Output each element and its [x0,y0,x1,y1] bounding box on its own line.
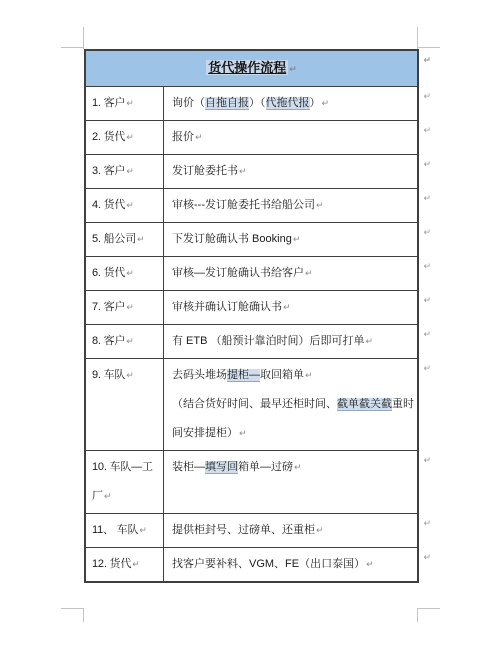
table-row: 7. 客户↵审核并确认订舱确认书↵↵ [86,290,417,324]
text-segment: 去码头堆场 [172,369,227,381]
pilcrow-mark: ↵ [239,428,247,438]
pilcrow-mark: ↵ [294,462,302,472]
table-row: 8. 客户↵有 ETB （船预计靠泊时间）后即可打单↵↵ [86,324,417,358]
actor-cell: 7. 客户↵ [86,291,164,324]
end-of-row-mark: ↵ [423,260,431,272]
label-line: 3. 客户↵ [92,157,162,186]
content-line: 询价（自拖自报）（代拖代报）↵ [172,89,415,118]
step-cell: 发订舱委托书↵ [164,155,417,188]
pilcrow-mark: ↵ [305,268,313,278]
text-segment: 提供柜封号、过磅单、还重柜 [172,524,315,536]
text-segment: 8. 客户 [92,335,125,347]
label-line: 7. 客户↵ [92,293,162,322]
pilcrow-mark: ↵ [366,336,374,346]
text-segment: 1. 客户 [92,97,125,109]
label-line: 1. 客户↵ [92,89,162,118]
table-title-row: 货代操作流程↵ ↵ [86,51,417,86]
document-page: 货代操作流程↵ ↵ 1. 客户↵询价（自拖自报）（代拖代报）↵↵2. 货代↵报价… [0,0,500,659]
pilcrow-mark: ↵ [316,525,324,535]
process-table: 货代操作流程↵ ↵ 1. 客户↵询价（自拖自报）（代拖代报）↵↵2. 货代↵报价… [84,49,419,583]
content-line: （结合货好时间、最早还柜时间、截单截关截重时 [172,390,415,419]
content-line: 下发订舱确认书 Booking↵ [172,225,415,254]
text-segment: 6. 货代 [92,267,125,279]
text-segment: 10. 车队—工 [92,461,153,473]
step-cell: 装柜—填写回箱单—过磅↵ [164,451,417,513]
content-line: 装柜—填写回箱单—过磅↵ [172,453,415,482]
end-of-row-mark: ↵ [423,454,431,466]
pilcrow-mark: ↵ [195,132,203,142]
text-segment: 重时 [392,398,414,410]
text-segment: 发订舱委托书 [172,165,238,177]
actor-cell: 5. 船公司↵ [86,223,164,256]
text-segment: 装柜— [172,461,205,473]
pilcrow-mark: ↵ [104,491,111,501]
pilcrow-mark: ↵ [126,268,133,278]
crop-mark-bottom-left-horizontal [61,608,84,609]
table-row: 12. 货代↵找客户要补料、VGM、FE（出口泰国）↵↵ [86,547,417,581]
pilcrow-mark: ↵ [316,200,324,210]
step-cell: 提供柜封号、过磅单、还重柜↵ [164,514,417,547]
crop-mark-bottom-right-horizontal [417,608,440,609]
text-segment: 12. 货代 [92,558,131,570]
text-segment: 箱单—过磅 [238,461,293,473]
text-segment: 5. 船公司 [92,233,136,245]
end-of-row-mark: ↵ [423,192,431,204]
content-line: 去码头堆场提柜—取回箱单↵ [172,361,415,390]
actor-cell: 8. 客户↵ [86,325,164,358]
step-cell: 审核—发订舱确认书给客户↵ [164,257,417,290]
text-segment: 厂 [92,490,103,502]
pilcrow-mark: ↵ [126,302,133,312]
text-segment: 3. 客户 [92,165,125,177]
highlighted-text: 自拖自报 [205,97,249,110]
content-line: 发订舱委托书↵ [172,157,415,186]
text-segment: 有 ETB （船预计靠泊时间）后即可打单 [172,335,365,347]
end-of-row-mark: ↵ [423,124,431,136]
end-of-row-mark: ↵ [423,158,431,170]
end-of-row-mark: ↵ [423,294,431,306]
label-line: 6. 货代↵ [92,259,162,288]
actor-cell: 3. 客户↵ [86,155,164,188]
end-of-row-mark: ↵ [423,362,431,374]
crop-mark-top-right-horizontal [417,47,440,48]
crop-mark-bottom-right-vertical [417,608,418,622]
label-line: 2. 货代↵ [92,123,162,152]
crop-mark-top-right-vertical [417,27,418,49]
content-line: 审核并确认订舱确认书↵ [172,293,415,322]
text-segment: 找客户要补料、VGM、FE（出口泰国） [172,558,365,570]
content-line: 审核—发订舱确认书给客户↵ [172,259,415,288]
pilcrow-mark: ↵ [126,98,133,108]
text-segment: 9. 车队 [92,369,125,381]
content-line: 审核---发订舱委托书给船公司↵ [172,191,415,220]
text-segment: 间安排提柜） [172,427,238,439]
content-line: 有 ETB （船预计靠泊时间）后即可打单↵ [172,327,415,356]
crop-mark-top-left-vertical [83,27,84,49]
pilcrow-mark: ↵ [322,98,330,108]
end-of-row-mark: ↵ [423,551,431,563]
label-line: 4. 货代↵ [92,191,162,220]
label-line: 10. 车队—工 [92,453,162,482]
pilcrow-mark: ↵ [126,166,133,176]
label-line: 5. 船公司↵ [92,225,162,254]
label-line: 9. 车队↵ [92,361,162,390]
end-of-row-mark: ↵ [423,226,431,238]
content-line: 间安排提柜）↵ [172,419,415,448]
pilcrow-mark: ↵ [126,132,133,142]
pilcrow-mark: ↵ [139,525,146,535]
text-segment: 11、 车队 [92,524,138,536]
pilcrow-mark: ↵ [126,336,133,346]
step-cell: 报价↵ [164,121,417,154]
content-line: 报价↵ [172,123,415,152]
highlighted-text: 填写回 [205,461,238,474]
pilcrow-mark: ↵ [137,234,144,244]
actor-cell: 6. 货代↵ [86,257,164,290]
pilcrow-mark: ↵ [305,370,313,380]
pilcrow-mark: ↵ [239,166,247,176]
actor-cell: 2. 货代↵ [86,121,164,154]
step-cell: 下发订舱确认书 Booking↵ [164,223,417,256]
pilcrow-mark: ↵ [283,302,291,312]
actor-cell: 9. 车队↵ [86,359,164,450]
text-segment: 2. 货代 [92,131,125,143]
text-segment: 7. 客户 [92,301,125,313]
pilcrow-mark: ↵ [289,64,297,74]
end-of-row-mark: ↵ [423,54,431,66]
actor-cell: 1. 客户↵ [86,87,164,120]
step-cell: 询价（自拖自报）（代拖代报）↵ [164,87,417,120]
highlighted-text: 代拖代报 [266,97,310,110]
text-segment: 询价（ [172,97,205,109]
text-segment: 审核---发订舱委托书给船公司 [172,199,315,211]
table-row: 9. 车队↵去码头堆场提柜—取回箱单↵（结合货好时间、最早还柜时间、截单截关截重… [86,358,417,450]
text-segment: 报价 [172,131,194,143]
pilcrow-mark: ↵ [366,559,374,569]
end-of-row-mark: ↵ [423,517,431,529]
table-row: 3. 客户↵发订舱委托书↵↵ [86,154,417,188]
table-row: 5. 船公司↵下发订舱确认书 Booking↵↵ [86,222,417,256]
step-cell: 审核并确认订舱确认书↵ [164,291,417,324]
actor-cell: 4. 货代↵ [86,189,164,222]
text-segment: 取回箱单 [260,369,304,381]
pilcrow-mark: ↵ [132,559,139,569]
pilcrow-mark: ↵ [126,200,133,210]
table-title: 货代操作流程 [206,60,288,75]
content-line: 找客户要补料、VGM、FE（出口泰国）↵ [172,550,415,579]
end-of-row-mark: ↵ [423,328,431,340]
table-row: 4. 货代↵审核---发订舱委托书给船公司↵↵ [86,188,417,222]
actor-cell: 11、 车队↵ [86,514,164,547]
table-body: 1. 客户↵询价（自拖自报）（代拖代报）↵↵2. 货代↵报价↵↵3. 客户↵发订… [86,86,417,581]
step-cell: 找客户要补料、VGM、FE（出口泰国）↵ [164,548,417,581]
step-cell: 去码头堆场提柜—取回箱单↵（结合货好时间、最早还柜时间、截单截关截重时间安排提柜… [164,359,417,450]
highlighted-text: 截单截关截 [337,398,392,411]
text-segment: ） [310,97,321,109]
step-cell: 有 ETB （船预计靠泊时间）后即可打单↵ [164,325,417,358]
label-line: 厂↵ [92,482,162,511]
text-segment: ）（ [249,97,266,109]
text-segment: 审核—发订舱确认书给客户 [172,267,304,279]
text-segment: 4. 货代 [92,199,125,211]
text-segment: （结合货好时间、最早还柜时间、 [172,398,337,410]
step-cell: 审核---发订舱委托书给船公司↵ [164,189,417,222]
actor-cell: 12. 货代↵ [86,548,164,581]
table-row: 1. 客户↵询价（自拖自报）（代拖代报）↵↵ [86,86,417,120]
crop-mark-bottom-left-vertical [83,608,84,622]
label-line: 11、 车队↵ [92,516,162,545]
content-line: 提供柜封号、过磅单、还重柜↵ [172,516,415,545]
text-segment: 审核并确认订舱确认书 [172,301,282,313]
table-row: 2. 货代↵报价↵↵ [86,120,417,154]
table-row: 6. 货代↵审核—发订舱确认书给客户↵↵ [86,256,417,290]
end-of-row-mark: ↵ [423,90,431,102]
label-line: 8. 客户↵ [92,327,162,356]
pilcrow-mark: ↵ [126,370,133,380]
highlighted-text: 提柜— [227,369,260,382]
table-row: 11、 车队↵提供柜封号、过磅单、还重柜↵↵ [86,513,417,547]
crop-mark-top-left-horizontal [61,47,84,48]
pilcrow-mark: ↵ [293,234,301,244]
table-row: 10. 车队—工厂↵装柜—填写回箱单—过磅↵↵ [86,450,417,513]
label-line: 12. 货代↵ [92,550,162,579]
actor-cell: 10. 车队—工厂↵ [86,451,164,513]
text-segment: 下发订舱确认书 Booking [172,233,292,245]
